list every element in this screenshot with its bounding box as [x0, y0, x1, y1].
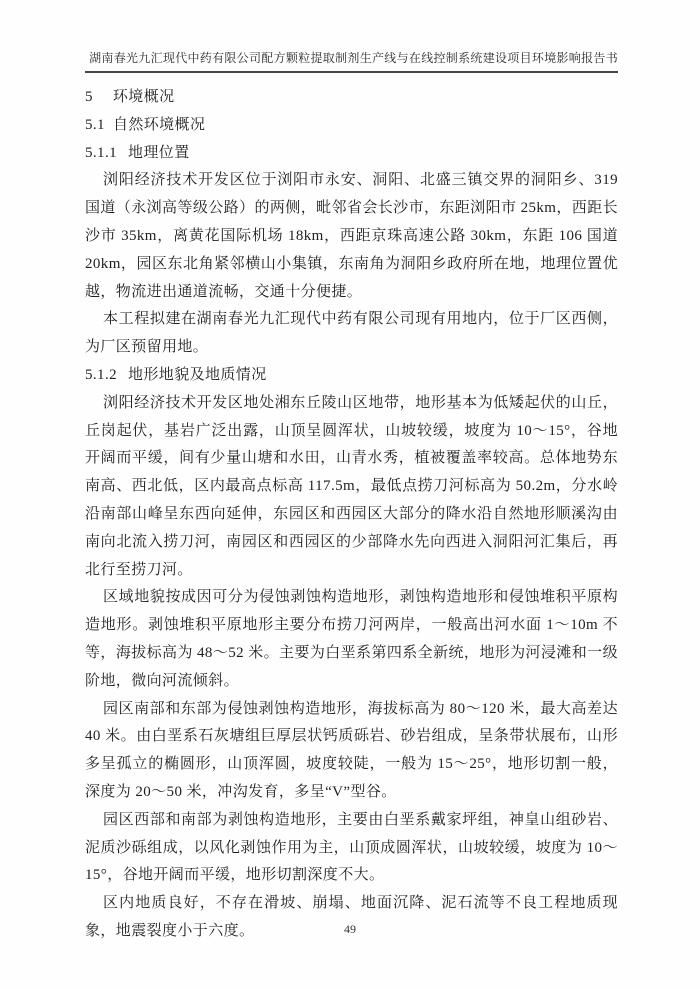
section-number: 5.1.1	[85, 145, 117, 161]
section-number: 5.1.2	[85, 367, 117, 383]
page-header: 湖南春光九汇现代中药有限公司配方颗粒提取制剂生产线与在线控制系统建设项目环境影响…	[85, 50, 618, 73]
page-number: 49	[344, 922, 356, 936]
section-number: 5	[85, 89, 93, 105]
section-number: 5.1	[85, 117, 105, 133]
paragraph-location-overview: 浏阳经济技术开发区位于浏阳市永安、洞阳、北盛三镇交界的洞阳乡、319 国道（永浏…	[85, 167, 618, 306]
section-title: 地形地貌及地质情况	[128, 367, 267, 383]
paragraph-west-south-landform: 园区西部和南部为剥蚀构造地形，主要由白垩系戴家坪组，神皇山组砂岩、泥质沙砾组成，…	[85, 807, 618, 890]
paragraph-landform-genesis: 区域地貌按成因可分为侵蚀剥蚀构造地形，剥蚀构造地形和侵蚀堆积平原构造地形。剥蚀堆…	[85, 584, 618, 695]
section-title: 环境概况	[113, 89, 175, 105]
paragraph-terrain-overview: 浏阳经济技术开发区地处湘东丘陵山区地带，地形基本为低矮起伏的山丘，丘岗起伏，基岩…	[85, 390, 618, 585]
paragraph-project-site: 本工程拟建在湖南春光九汇现代中药有限公司现有用地内，位于厂区西侧，为厂区预留用地…	[85, 306, 618, 362]
section-title: 地理位置	[128, 145, 190, 161]
section-heading-5-1: 5.1自然环境概况	[85, 112, 618, 140]
section-title: 自然环境概况	[113, 117, 205, 133]
page-footer: 49	[0, 922, 700, 937]
document-page: 湖南春光九汇现代中药有限公司配方颗粒提取制剂生产线与在线控制系统建设项目环境影响…	[0, 0, 700, 989]
paragraph-geology-quality: 区内地质良好，不存在滑坡、崩塌、地面沉降、泥石流等不良工程地质现象，地震裂度小于…	[85, 890, 618, 946]
section-heading-5-1-1: 5.1.1地理位置	[85, 140, 618, 168]
section-heading-5: 5环境概况	[85, 84, 618, 112]
paragraph-south-east-landform: 园区南部和东部为侵蚀剥蚀构造地形，海拔标高为 80～120 米，最大高差达 40…	[85, 696, 618, 807]
header-title: 湖南春光九汇现代中药有限公司配方颗粒提取制剂生产线与在线控制系统建设项目环境影响…	[89, 51, 618, 65]
section-heading-5-1-2: 5.1.2地形地貌及地质情况	[85, 362, 618, 390]
document-content: 5环境概况 5.1自然环境概况 5.1.1地理位置 浏阳经济技术开发区位于浏阳市…	[85, 84, 618, 946]
